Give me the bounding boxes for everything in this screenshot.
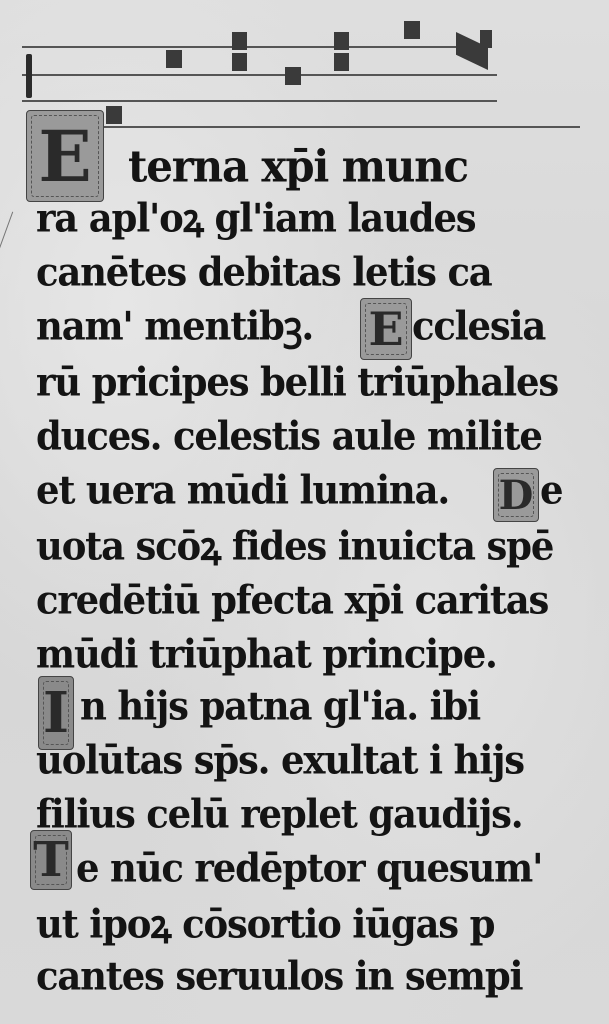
text-line-4: nam' mentibꝫ.: [36, 307, 313, 346]
decorated-initial-e-2: E: [360, 298, 412, 360]
text-line-14: e nūc redēptor quesum': [76, 849, 542, 888]
neume-note: [334, 53, 349, 71]
staff-line: [100, 126, 580, 128]
staff-line: [22, 100, 497, 102]
c-clef-icon: [26, 54, 32, 98]
text-line-5: rū pricipes belli triūphales: [36, 363, 558, 402]
neume-note: [232, 32, 247, 50]
neume-note: [106, 106, 122, 124]
staff-line: [22, 46, 492, 48]
decorated-initial-d: D: [493, 468, 539, 522]
text-line-3: canētes debitas letis ca: [36, 253, 492, 292]
text-line-8: uota scōꝝ fides inuicta spē: [36, 527, 553, 566]
neume-note: [232, 53, 247, 71]
text-line-13: filius celū replet gaudijs.: [36, 795, 522, 834]
text-line-10: mūdi triūphat principe.: [36, 635, 497, 674]
text-line-16: cantes seruulos in sempi: [36, 957, 522, 996]
neume-note: [404, 21, 420, 39]
text-line-15: ut ipoꝝ cōsortio iūgas p: [36, 905, 494, 944]
decorated-initial-i: I: [38, 676, 74, 750]
text-line-11: n hijs patna gl'ia. ibi: [80, 687, 480, 726]
text-line-7: et uera mūdi lumina.: [36, 471, 449, 510]
text-line-12: uolūtas sp̄s. exultat i hijs: [36, 741, 524, 780]
text-line-7-continuation: e: [540, 471, 562, 510]
text-line-6: duces. celestis aule milite: [36, 417, 542, 456]
neume-note: [334, 32, 349, 50]
text-line-9: credētiū pfecta xp̄i caritas: [36, 581, 548, 620]
neume-note: [285, 67, 301, 85]
neume-note: [480, 30, 492, 48]
decorated-initial-t: T: [30, 830, 72, 890]
text-line-4-continuation: cclesia: [412, 307, 545, 346]
decorated-initial-e: E: [26, 110, 104, 202]
neume-note: [166, 50, 182, 68]
text-line-2: ra apl'oꝝ gl'iam laudes: [36, 199, 475, 238]
text-line-1: terna xp̄i munc: [128, 145, 468, 189]
margin-flourish: [0, 212, 13, 269]
manuscript-page: E E D I T terna xp̄i munc ra apl'oꝝ gl'i…: [0, 0, 609, 1024]
staff-line: [22, 74, 497, 76]
